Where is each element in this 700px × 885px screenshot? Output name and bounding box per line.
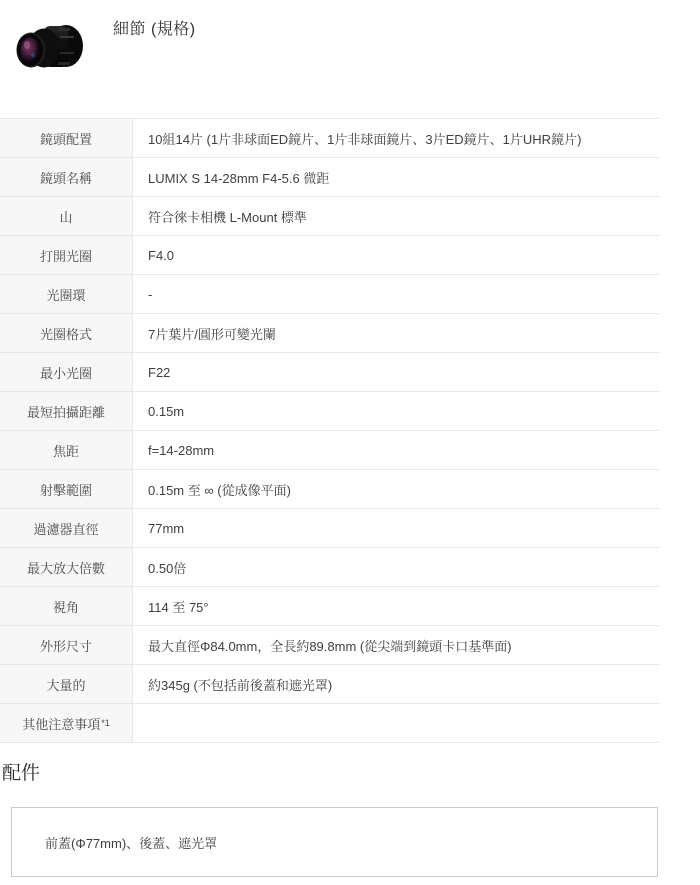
camera-lens-icon [14, 22, 88, 76]
spec-value: 0.50倍 [133, 548, 660, 586]
spec-row: 視角114 至 75° [0, 587, 660, 626]
accessories-heading: 配件 [2, 758, 700, 785]
spec-label: 其他注意事項*1 [0, 704, 133, 742]
spec-value: 114 至 75° [133, 587, 660, 625]
accessories-content: 前蓋(Φ77mm)、後蓋、遮光罩 [12, 833, 217, 852]
lens-product-image [14, 22, 88, 76]
spec-label: 光圈格式 [0, 314, 133, 352]
spec-value: f=14-28mm [133, 431, 660, 469]
spec-row: 光圈格式7片葉片/圓形可變光闌 [0, 314, 660, 353]
spec-value: 0.15m [133, 392, 660, 430]
spec-row: 鏡頭配置10組14片 (1片非球面ED鏡片、1片非球面鏡片、3片ED鏡片、1片U… [0, 119, 660, 158]
spec-row: 外形尺寸最大直徑Φ84.0mm，全長約89.8mm (從尖端到鏡頭卡口基準面) [0, 626, 660, 665]
spec-label: 光圈環 [0, 275, 133, 313]
spec-row: 射擊範圍0.15m 至 ∞ (從成像平面) [0, 470, 660, 509]
spec-value [133, 704, 660, 742]
spec-row: 焦距f=14-28mm [0, 431, 660, 470]
spec-value: F4.0 [133, 236, 660, 274]
spec-label: 大量的 [0, 665, 133, 703]
spec-label: 外形尺寸 [0, 626, 133, 664]
spec-label: 焦距 [0, 431, 133, 469]
spec-value: 最大直徑Φ84.0mm，全長約89.8mm (從尖端到鏡頭卡口基準面) [133, 626, 660, 664]
spec-row: 過濾器直徑77mm [0, 509, 660, 548]
spec-label: 視角 [0, 587, 133, 625]
spec-label: 鏡頭名稱 [0, 158, 133, 196]
spec-label: 過濾器直徑 [0, 509, 133, 547]
spec-value: - [133, 275, 660, 313]
spec-label: 最短拍攝距離 [0, 392, 133, 430]
spec-label: 打開光圈 [0, 236, 133, 274]
spec-label: 射擊範圍 [0, 470, 133, 508]
spec-row: 其他注意事項*1 [0, 704, 660, 743]
spec-label: 山 [0, 197, 133, 235]
spec-value: 7片葉片/圓形可變光闌 [133, 314, 660, 352]
spec-label: 最小光圈 [0, 353, 133, 391]
page-header: 細節 (規格) [0, 0, 700, 118]
spec-value: LUMIX S 14-28mm F4-5.6 微距 [133, 158, 660, 196]
spec-table: 鏡頭配置10組14片 (1片非球面ED鏡片、1片非球面鏡片、3片ED鏡片、1片U… [0, 118, 660, 743]
spec-row: 大量的約345g (不包括前後蓋和遮光罩) [0, 665, 660, 704]
spec-page: 細節 (規格) 鏡頭配置10組14片 (1片非球面ED鏡片、1片非球面鏡片、3片… [0, 0, 700, 885]
spec-row: 山符合徠卡相機 L-Mount 標準 [0, 197, 660, 236]
spec-value: 符合徠卡相機 L-Mount 標準 [133, 197, 660, 235]
spec-row: 最大放大倍數0.50倍 [0, 548, 660, 587]
spec-value: 10組14片 (1片非球面ED鏡片、1片非球面鏡片、3片ED鏡片、1片UHR鏡片… [133, 119, 660, 157]
spec-value: 77mm [133, 509, 660, 547]
spec-value: 約345g (不包括前後蓋和遮光罩) [133, 665, 660, 703]
spec-label: 鏡頭配置 [0, 119, 133, 157]
spec-row: 最小光圈F22 [0, 353, 660, 392]
spec-row: 鏡頭名稱LUMIX S 14-28mm F4-5.6 微距 [0, 158, 660, 197]
spec-row: 最短拍攝距離0.15m [0, 392, 660, 431]
page-title: 細節 (規格) [113, 16, 196, 39]
spec-row: 光圈環- [0, 275, 660, 314]
spec-value: 0.15m 至 ∞ (從成像平面) [133, 470, 660, 508]
spec-row: 打開光圈F4.0 [0, 236, 660, 275]
accessories-box: 前蓋(Φ77mm)、後蓋、遮光罩 [11, 807, 658, 877]
spec-label: 最大放大倍數 [0, 548, 133, 586]
spec-value: F22 [133, 353, 660, 391]
